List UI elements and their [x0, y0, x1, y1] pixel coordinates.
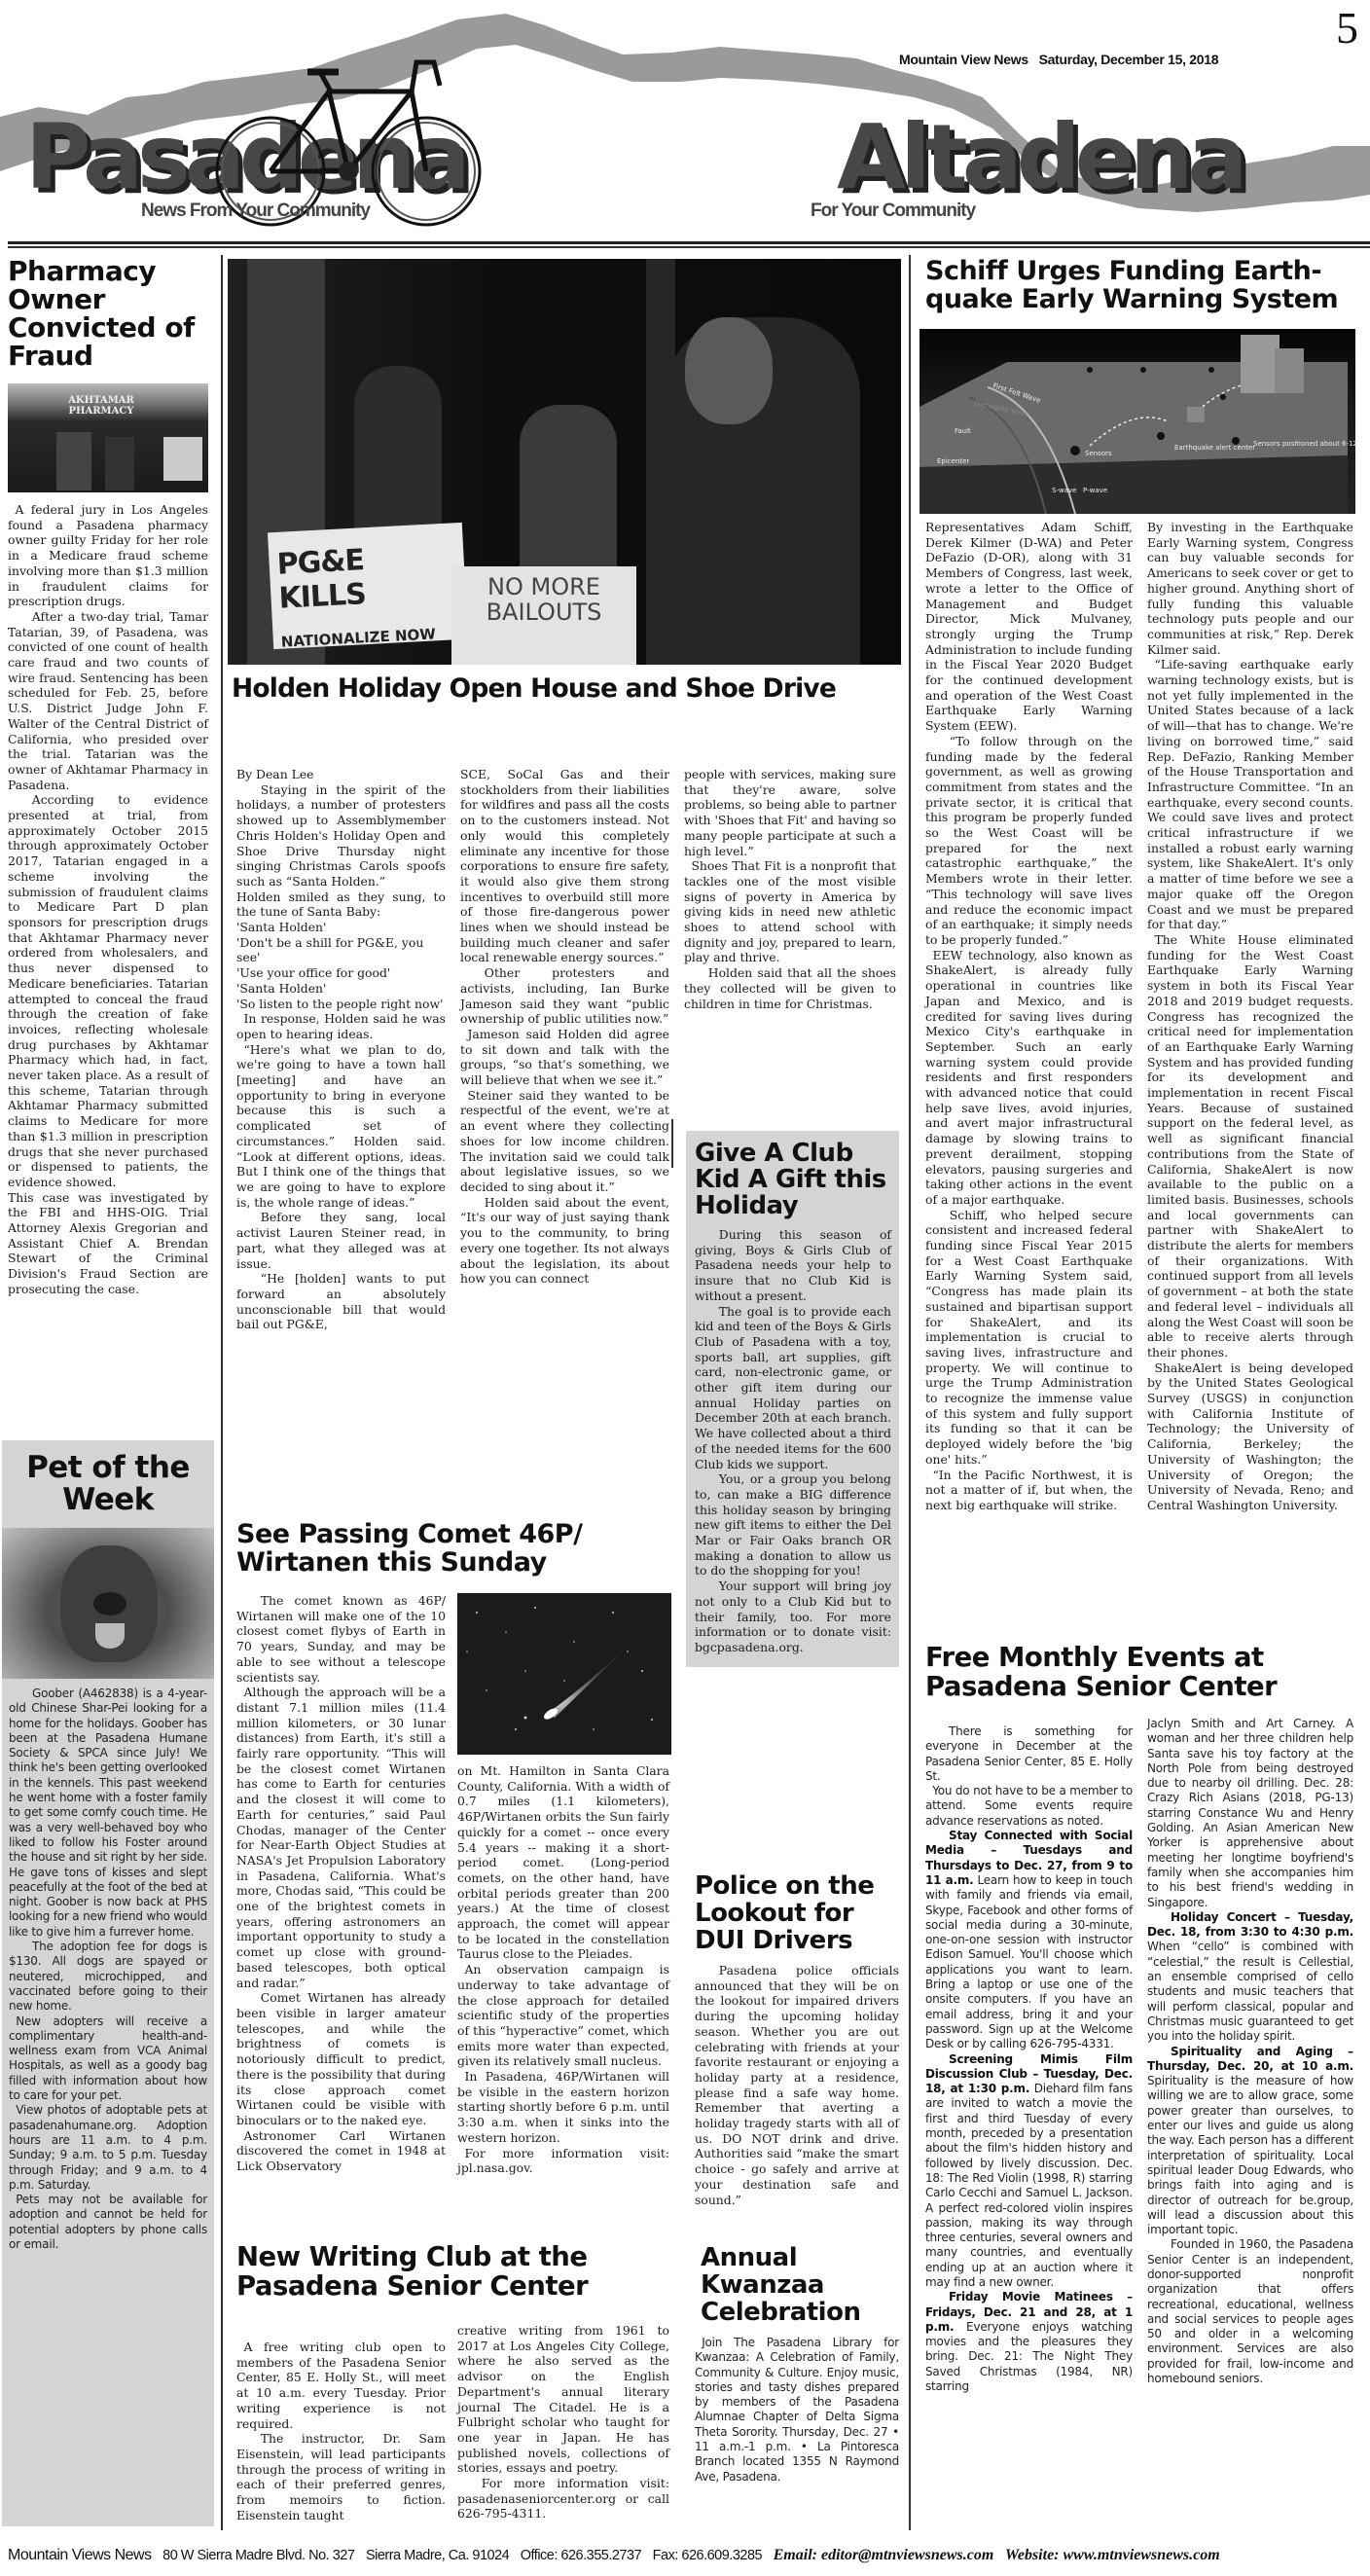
column-divider — [671, 1119, 673, 1168]
pet-body: Goober (A462838) is a 4-year-old Chinese… — [2, 1679, 214, 2252]
tagline-right: For Your Community — [811, 200, 975, 222]
article-pharmacy: Pharmacy Owner Convicted of Fraud AKHTAM… — [8, 257, 208, 1297]
writing-col2: creative writing from 1961 to 2017 at Lo… — [457, 2323, 669, 2522]
masthead: Pasadena Altadena News From Your Communi… — [0, 0, 1370, 234]
footer: Mountain Views News 80 W Sierra Madre Bl… — [8, 2547, 1370, 2570]
earthquake-warning-diagram: First Felt Wave Damaging Wave Fault Epic… — [919, 329, 1355, 514]
protest-sign-bailouts: NO MORE BAILOUTS — [451, 566, 636, 665]
comet-col2: on Mt. Hamilton in Santa Clara County, C… — [457, 1763, 669, 2176]
tagline-left: News From Your Community — [141, 200, 370, 222]
comet-icon — [457, 1593, 671, 1755]
club-kid-body: During this season of giving, Boys & Gir… — [686, 1219, 899, 1655]
masthead-divider — [8, 241, 1370, 248]
page-number: 5 — [1336, 2, 1358, 54]
event-holiday-concert: Holiday Concert – Tuesday, Dec. 18, from… — [1147, 1910, 1353, 2045]
footer-website-link[interactable]: Website: www.mtnviewsnews.com — [1005, 2547, 1220, 2563]
schiff-col1: Representatives Adam Schiff, Derek Kilme… — [925, 520, 1133, 1513]
writing-col1: A free writing club open to members of t… — [236, 2340, 446, 2522]
column-divider — [221, 255, 223, 2530]
event-film-club: Screening Mimis Film Discussion Club – T… — [925, 2052, 1133, 2291]
svg-text:Sensors positioned about 6-12: Sensors positioned about 6-12 miles apar… — [1253, 440, 1355, 448]
pet-photo — [2, 1528, 214, 1679]
event-social-media: Stay Connected with Social Media – Tuesd… — [925, 1829, 1133, 2051]
holden-col2: SCE, SoCal Gas and their stockholders fr… — [460, 767, 669, 1287]
footer-address: 80 W Sierra Madre Blvd. No. 327 — [162, 2548, 354, 2563]
event-movie-matinees-continued: Jaclyn Smith and Art Carney. A woman and… — [1147, 1717, 1353, 1910]
headline-club-kid: Give A Club Kid A Gift this Holiday — [686, 1131, 899, 1219]
column-divider — [909, 255, 911, 2530]
headline-comet: See Passing Comet 46P/ Wirtanen this Sun… — [236, 1520, 645, 1577]
senior-center-about: Founded in 1960, the Pasadena Senior Cen… — [1147, 2237, 1353, 2386]
svg-text:Earthquake alert center: Earthquake alert center — [1174, 444, 1255, 452]
svg-text:Fault: Fault — [955, 427, 971, 435]
footer-city: Sierra Madre, Ca. 91024 — [366, 2548, 509, 2563]
byline: By Dean Lee — [236, 767, 446, 782]
headline-pharmacy: Pharmacy Owner Convicted of Fraud — [8, 257, 208, 370]
article-police: Police on the Lookout for DUI Drivers Pa… — [695, 1872, 899, 2207]
brand-altadena: Altadena — [837, 105, 1243, 209]
svg-text:Sensors: Sensors — [1085, 450, 1112, 457]
senior-events-col2: Jaclyn Smith and Art Carney. A woman and… — [1147, 1717, 1353, 2386]
headline-holden: Holden Holiday Open House and Shoe Drive — [232, 675, 903, 702]
headline-schiff: Schiff Urges Funding Earth-quake Early W… — [925, 257, 1363, 313]
pharmacy-photo: AKHTAMAR PHARMACY — [8, 383, 208, 492]
comet-col1: The comet known as 46P/ Wirtanen will ma… — [236, 1593, 446, 2174]
holden-col3: people with services, making sure that t… — [684, 767, 896, 1011]
protest-sign-pge: PG&E KILLS NATIONALIZE NOW — [268, 523, 468, 649]
senior-events-col1: There is something for everyone in Decem… — [925, 1724, 1133, 2394]
footer-fax: Fax: 626.609.3285 — [653, 2548, 762, 2563]
issue-line: Mountain View News Saturday, December 15… — [899, 52, 1218, 67]
club-kid-box: Give A Club Kid A Gift this Holiday Duri… — [686, 1131, 899, 1667]
schiff-col2: By investing in the Earthquake Early War… — [1147, 520, 1353, 1513]
pharmacy-body: A federal jury in Los Angeles found a Pa… — [8, 502, 208, 1297]
footer-office: Office: 626.355.2737 — [521, 2548, 641, 2563]
pet-of-the-week-box: Pet of the Week Goober (A462838) is a 4-… — [2, 1440, 214, 2526]
headline-writing-club: New Writing Club at the Pasadena Senior … — [236, 2242, 674, 2301]
holden-protest-photo: PG&E KILLS NATIONALIZE NOW NO MORE BAILO… — [228, 259, 901, 665]
footer-name: Mountain Views News — [8, 2547, 152, 2563]
headline-kwanzaa: Annual Kwanzaa Celebration — [695, 2244, 899, 2326]
holden-col1: By Dean Lee Staying in the spirit of the… — [236, 767, 446, 1332]
comet-photo — [457, 1593, 671, 1755]
publication-name: Mountain View News — [899, 52, 1028, 67]
headline-pet: Pet of the Week — [2, 1440, 214, 1516]
svg-text:Epicenter: Epicenter — [937, 457, 969, 465]
event-movie-matinees-text-part: Everyone enjoys watching movies and the … — [925, 2320, 1133, 2393]
svg-text:P-wave: P-wave — [1083, 487, 1107, 494]
headline-police: Police on the Lookout for DUI Drivers — [695, 1872, 899, 1954]
svg-text:S-wave: S-wave — [1052, 487, 1076, 494]
article-kwanzaa: Annual Kwanzaa Celebration Join The Pasa… — [695, 2244, 899, 2485]
pharmacy-sign: AKHTAMAR PHARMACY — [53, 395, 150, 417]
headline-senior-events: Free Monthly Events at Pasadena Senior C… — [925, 1643, 1363, 1701]
event-movie-matinees: Friday Movie Matinees – Fridays, Dec. 21… — [925, 2290, 1133, 2394]
issue-date: Saturday, December 15, 2018 — [1039, 52, 1219, 67]
event-spirituality: Spirituality and Aging – Thursday, Dec. … — [1147, 2045, 1353, 2238]
footer-email-link[interactable]: Email: editor@mtnviewsnews.com — [774, 2547, 994, 2563]
